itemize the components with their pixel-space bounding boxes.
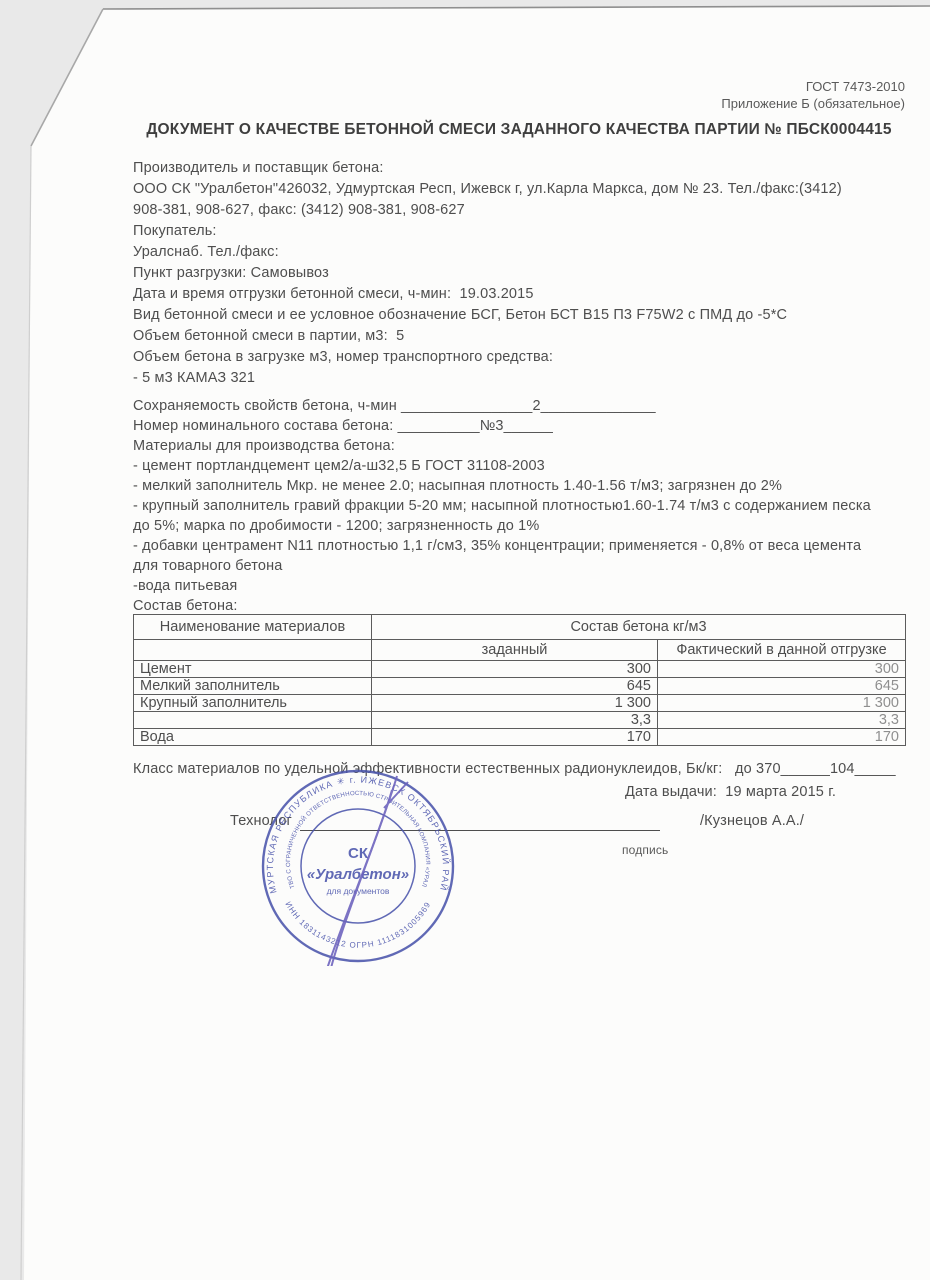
table-row: 3,3 3,3 <box>134 712 906 729</box>
appendix-label: Приложение Б (обязательное) <box>133 95 905 112</box>
actual-value: 645 <box>658 678 906 695</box>
table-row: Цемент 300 300 <box>134 661 906 678</box>
cement-spec: - цемент портландцемент цем2/а-ш32,5 Б Г… <box>133 456 905 476</box>
actual-value: 300 <box>658 661 906 678</box>
additive-spec-line1: - добавки центрамент N11 плотностью 1,1 … <box>133 536 905 556</box>
coarse-aggregate-spec-line1: - крупный заполнитель гравий фракции 5-2… <box>133 496 905 516</box>
stamp-reg-numbers: ИНН 1831143212 ОГРН 1111831005969 <box>283 900 432 950</box>
producer-address-line1: ООО СК "Уралбетон"426032, Удмуртская Рес… <box>133 179 905 200</box>
producer-label: Производитель и поставщик бетона: <box>133 158 905 179</box>
buyer-label: Покупатель: <box>133 221 905 242</box>
technologist-name: /Кузнецов А.А./ <box>700 813 804 829</box>
radionuclides-class: Класс материалов по удельной эффективнос… <box>133 761 896 777</box>
buyer-name: Уралснаб. Тел./факс: <box>133 242 905 263</box>
specified-value: 3,3 <box>372 712 658 729</box>
producer-info-block: Производитель и поставщик бетона: ООО СК… <box>133 158 905 389</box>
unload-point: Пункт разгрузки: Самовывоз <box>133 263 905 284</box>
load-volume-label: Объем бетона в загрузке м3, номер трансп… <box>133 347 905 368</box>
table-col1-header-empty <box>134 640 372 661</box>
additive-spec-line2: для товарного бетона <box>133 556 905 576</box>
specified-value: 170 <box>372 729 658 746</box>
gost-standard-label: ГОСТ 7473-2010 <box>133 78 905 95</box>
actual-value: 1 300 <box>658 695 906 712</box>
specified-value: 645 <box>372 678 658 695</box>
specified-value: 300 <box>372 661 658 678</box>
signature-caption: подпись <box>622 843 668 857</box>
batch-volume: Объем бетонной смеси в партии, м3: 5 <box>133 326 905 347</box>
table-row: Крупный заполнитель 1 300 1 300 <box>134 695 906 712</box>
shipment-date: Дата и время отгрузки бетонной смеси, ч-… <box>133 284 905 305</box>
stamp-reg-numbers-holder: ИНН 1831143212 ОГРН 1111831005969 <box>283 900 432 950</box>
material-name <box>134 712 372 729</box>
producer-address-line2: 908-381, 908-627, факс: (3412) 908-381, … <box>133 200 905 221</box>
document-title: ДОКУМЕНТ О КАЧЕСТВЕ БЕТОННОЙ СМЕСИ ЗАДАН… <box>133 121 905 139</box>
table-row: Вода 170 170 <box>134 729 906 746</box>
stamp-center-sk: СК <box>348 845 369 862</box>
company-stamp: УДМУРТСКАЯ РЕСПУБЛИКА ✳ г. ИЖЕВСК ОКТЯБР… <box>258 766 458 966</box>
table-col2-header: заданный <box>372 640 658 661</box>
nominal-composition-number: Номер номинального состава бетона: _____… <box>133 416 905 436</box>
actual-value: 170 <box>658 729 906 746</box>
table-span-header: Состав бетона кг/м3 <box>372 615 906 640</box>
header-reference: ГОСТ 7473-2010 Приложение Б (обязательно… <box>133 78 905 112</box>
vehicle-info: - 5 м3 КАМАЗ 321 <box>133 368 905 389</box>
water-spec: -вода питьевая <box>133 576 905 596</box>
coarse-aggregate-spec-line2: до 5%; марка по дробимости - 1200; загря… <box>133 516 905 536</box>
table-row: Мелкий заполнитель 645 645 <box>134 678 906 695</box>
retention-time: Сохраняемость свойств бетона, ч-мин ____… <box>133 396 905 416</box>
specified-value: 1 300 <box>372 695 658 712</box>
table-col1-header: Наименование материалов <box>134 615 372 640</box>
issue-date: Дата выдачи: 19 марта 2015 г. <box>625 784 836 800</box>
actual-value: 3,3 <box>658 712 906 729</box>
material-name: Мелкий заполнитель <box>134 678 372 695</box>
mix-designation: Вид бетонной смеси и ее условное обознач… <box>133 305 905 326</box>
material-name: Вода <box>134 729 372 746</box>
material-name: Цемент <box>134 661 372 678</box>
composition-label: Состав бетона: <box>133 596 905 616</box>
fine-aggregate-spec: - мелкий заполнитель Мкр. не менее 2.0; … <box>133 476 905 496</box>
table-col3-header: Фактический в данной отгрузке <box>658 640 906 661</box>
materials-label: Материалы для производства бетона: <box>133 436 905 456</box>
material-name: Крупный заполнитель <box>134 695 372 712</box>
stamp-center-company: «Уралбетон» <box>307 866 409 883</box>
composition-table: Наименование материалов Состав бетона кг… <box>133 614 906 746</box>
materials-spec-block: Сохраняемость свойств бетона, ч-мин ____… <box>133 396 905 616</box>
